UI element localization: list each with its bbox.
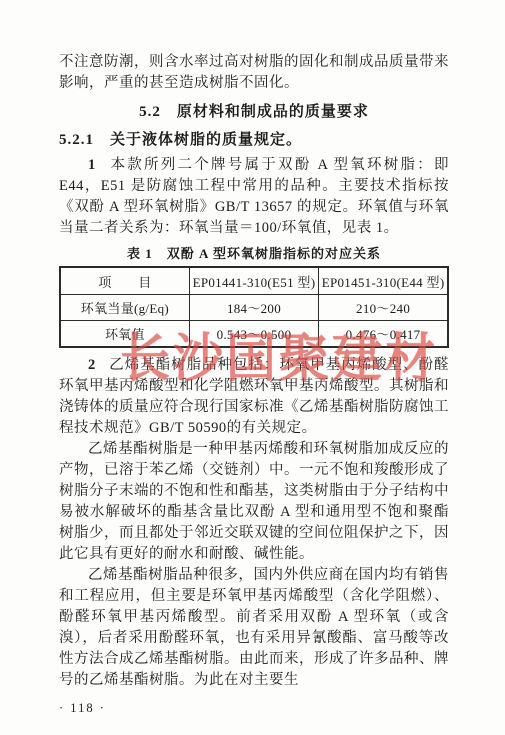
paragraph-resin-description: 乙烯基酯树脂是一种甲基丙烯酸和环氧树脂加成反应的产物，已溶于苯乙烯（交链剂）中。… [59, 439, 449, 565]
table-row-epoxy-equivalent: 环氧当量(g/Eq) 184～200 210～240 [60, 295, 448, 321]
table-header-e44: EP01451-310(E44 型) [319, 267, 448, 295]
table-cell-value: 184～200 [189, 295, 318, 321]
table-cell-value: 0.543～0.500 [189, 321, 318, 348]
table-cell-value: 210～240 [319, 295, 448, 321]
text-block: 不注意防潮，则含水率过高对树脂的固化和制成品质量带来影响，严重的甚至造成树脂不固… [59, 52, 449, 716]
table-header-item: 项 目 [60, 267, 189, 295]
paragraph-resin-varieties: 乙烯基酯树脂品种很多，国内外供应商在国内均有销售和工程应用，但主要是环氧甲基丙烯… [59, 565, 449, 691]
clause-2-number: 2 [88, 357, 96, 373]
table-cell-value: 0.476～0.417 [319, 321, 448, 348]
paragraph-intro: 不注意防潮，则含水率过高对树脂的固化和制成品质量带来影响，严重的甚至造成树脂不固… [59, 52, 449, 94]
table-row-epoxy-value: 环氧值 0.543～0.500 0.476～0.417 [60, 321, 448, 348]
clause-1-text: 本款所列二个牌号属于双酚 A 型氧环树脂：即 E44，E51 是防腐蚀工程中常用… [59, 157, 449, 236]
table-header-e51: EP01441-310(E51 型) [189, 267, 318, 295]
table-1: 项 目 EP01441-310(E51 型) EP01451-310(E44 型… [59, 266, 449, 348]
table-caption: 表 1 双酚 A 型环氧树脂指标的对应关系 [59, 245, 449, 263]
table-cell-label: 环氧当量(g/Eq) [60, 295, 189, 321]
clause-1-paragraph: 1本款所列二个牌号属于双酚 A 型氧环树脂：即 E44，E51 是防腐蚀工程中常… [59, 155, 449, 239]
clause-1-number: 1 [88, 157, 96, 173]
section-heading: 5.2 原材料和制成品的质量要求 [59, 102, 449, 123]
scanned-document-page: 不注意防潮，则含水率过高对树脂的固化和制成品质量带来影响，严重的甚至造成树脂不固… [0, 0, 505, 735]
clause-2-text: 乙烯基酯树脂品种包括：环氧甲基丙烯酸型、酚醛环氧甲基丙烯酸型和化学阻燃环氧甲基丙… [59, 357, 449, 436]
subsection-heading: 5.2.1 关于液体树脂的质量规定。 [59, 130, 449, 151]
table-cell-label: 环氧值 [60, 321, 189, 348]
page-number: · 118 · [59, 701, 449, 716]
table-header-row: 项 目 EP01441-310(E51 型) EP01451-310(E44 型… [60, 267, 448, 295]
clause-2-paragraph: 2乙烯基酯树脂品种包括：环氧甲基丙烯酸型、酚醛环氧甲基丙烯酸型和化学阻燃环氧甲基… [59, 355, 449, 439]
